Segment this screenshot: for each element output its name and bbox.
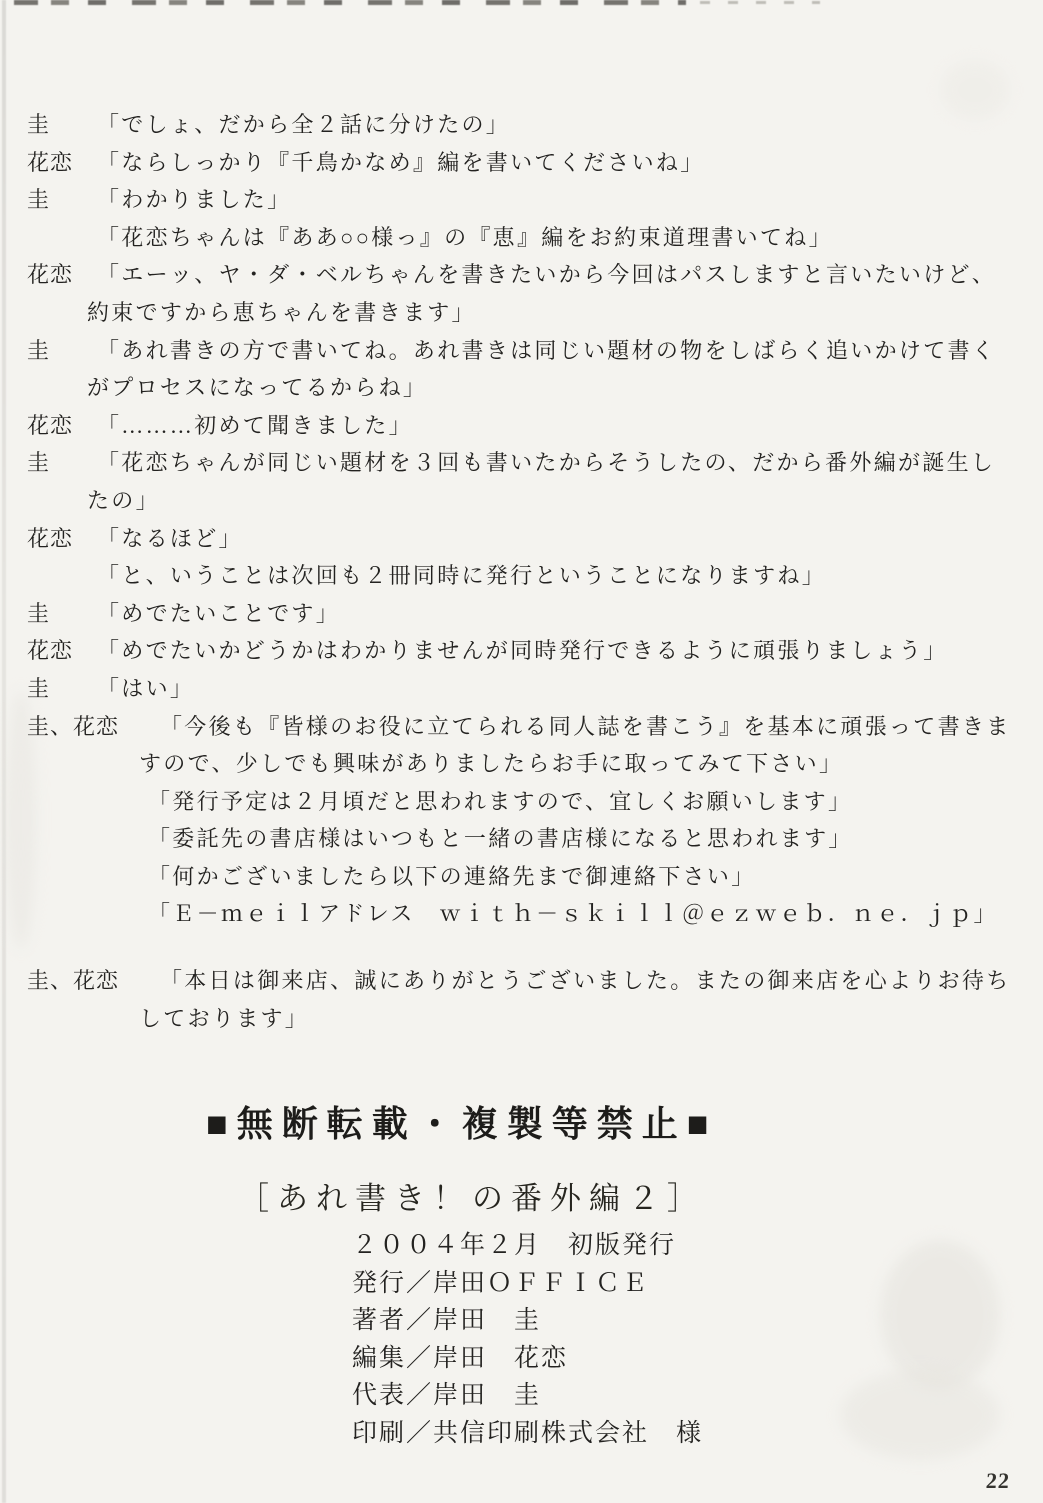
dialogue-line: 圭、花恋 「今後も『皆様のお役に立てられる同人誌を書こう』を基本に頑張って書きま xyxy=(0,708,1043,746)
dialogue-text: 「エーッ、ヤ・ダ・ベルちゃんを書きたいから今回はパスしますと言いたいけど、 xyxy=(97,256,1043,294)
scanned-doujinshi-page: 圭 「でしょ、だから全２話に分けたの」 花恋 「ならしっかり『千鳥かなめ』編を書… xyxy=(0,0,1043,1503)
dialogue-line: 花恋 「ならしっかり『千鳥かなめ』編を書いてくださいね」 xyxy=(0,144,1043,182)
dialogue-text: 「ならしっかり『千鳥かなめ』編を書いてくださいね」 xyxy=(97,144,1043,182)
dialogue-line: 圭 「めでたいことです」 xyxy=(0,595,1043,633)
dialogue-text: 「何かございましたら以下の連絡先まで御連絡下さい」 xyxy=(148,858,1043,896)
speaker-label: 圭、花恋 xyxy=(27,708,119,746)
no-reproduction-notice: ■無断転載・複製等禁止■ xyxy=(206,1103,718,1145)
speaker-label: 圭 xyxy=(27,181,50,219)
dialogue-line: しております」 xyxy=(0,1000,1043,1038)
dialogue-text: 約束ですから恵ちゃんを書きます」 xyxy=(87,294,1043,332)
colophon-line: ２００４年２月 初版発行 xyxy=(352,1227,912,1265)
speaker-label: 花恋 xyxy=(27,256,73,294)
speaker-label: 圭 xyxy=(27,670,50,708)
dialogue-text: たの」 xyxy=(87,482,1043,520)
dialogue-text: 「本日は御来店、誠にありがとうございました。またの御来店を心よりお待ち xyxy=(160,962,1043,1000)
dialogue-line: 圭 「わかりました」 xyxy=(0,181,1043,219)
dialogue-text: 「めでたいことです」 xyxy=(97,595,1043,633)
dialogue-line: 「委託先の書店様はいつもと一緒の書店様になると思われます」 xyxy=(0,820,1043,858)
dialogue-line: 圭 「あれ書きの方で書いてね。あれ書きは同じい題材の物をしばらく追いかけて書く xyxy=(0,332,1043,370)
dialogue-line: 花恋 「めでたいかどうかはわかりませんが同時発行できるように頑張りましょう」 xyxy=(0,632,1043,670)
colophon-line: 印刷／共信印刷株式会社 様 xyxy=(352,1415,912,1453)
dialogue-line: 圭 「はい」 xyxy=(0,670,1043,708)
speaker-label: 圭、花恋 xyxy=(27,962,119,1000)
scan-artifact-top-edge xyxy=(14,0,686,5)
speaker-label: 圭 xyxy=(27,332,50,370)
dialogue-line: 圭、花恋 「本日は御来店、誠にありがとうございました。またの御来店を心よりお待ち xyxy=(0,962,1043,1000)
dialogue-text: 「と、いうことは次回も２冊同時に発行ということになりますね」 xyxy=(97,557,1043,595)
colophon-line: 発行／岸田ＯＦＦＩＣＥ xyxy=(352,1265,912,1303)
dialogue-text: 「発行予定は２月頃だと思われますので、宜しくお願いします」 xyxy=(148,783,1043,821)
afterword-dialogue: 圭 「でしょ、だから全２話に分けたの」 花恋 「ならしっかり『千鳥かなめ』編を書… xyxy=(0,106,1043,1037)
dialogue-line: 「と、いうことは次回も２冊同時に発行ということになりますね」 xyxy=(0,557,1043,595)
speaker-label: 圭 xyxy=(27,595,50,633)
speaker-label: 花恋 xyxy=(27,407,73,445)
speaker-label: 圭 xyxy=(27,106,50,144)
dialogue-text: 「でしょ、だから全２話に分けたの」 xyxy=(97,106,1043,144)
dialogue-text: 「委託先の書店様はいつもと一緒の書店様になると思われます」 xyxy=(148,820,1043,858)
dialogue-line: 圭 「でしょ、だから全２話に分けたの」 xyxy=(0,106,1043,144)
colophon-block: ２００４年２月 初版発行 発行／岸田ＯＦＦＩＣＥ 著者／岸田 圭 編集／岸田 花… xyxy=(352,1227,912,1453)
dialogue-line: 「Ｅ－ｍｅｉｌアドレス ｗｉｔｈ－ｓｋｉｌｌ＠ｅｚｗｅｂ．ｎｅ．ｊｐ」 xyxy=(0,895,1043,933)
dialogue-line: 花恋 「エーッ、ヤ・ダ・ベルちゃんを書きたいから今回はパスしますと言いたいけど、 xyxy=(0,256,1043,294)
dialogue-line: 花恋 「なるほど」 xyxy=(0,520,1043,558)
dialogue-text: すので、少しでも興味がありましたらお手に取ってみて下さい」 xyxy=(139,745,1043,783)
colophon-title: ［あれ書き！の番外編２］ xyxy=(238,1180,706,1218)
dialogue-line: 花恋 「………初めて聞きました」 xyxy=(0,407,1043,445)
dialogue-line: 圭 「花恋ちゃんが同じい題材を３回も書いたからそうしたの、だから番外編が誕生し xyxy=(0,444,1043,482)
colophon-line: 著者／岸田 圭 xyxy=(352,1302,912,1340)
dialogue-line: 「発行予定は２月頃だと思われますので、宜しくお願いします」 xyxy=(0,783,1043,821)
speaker-label: 花恋 xyxy=(27,520,73,558)
scan-artifact-top-edge-2 xyxy=(700,1,820,4)
colophon-line: 代表／岸田 圭 xyxy=(352,1377,912,1415)
dialogue-text: 「今後も『皆様のお役に立てられる同人誌を書こう』を基本に頑張って書きま xyxy=(160,708,1043,746)
dialogue-text: 「なるほど」 xyxy=(97,520,1043,558)
dialogue-line: 「花恋ちゃんは『ああ○○様っ』の『恵』編をお約束道理書いてね」 xyxy=(0,219,1043,257)
dialogue-line: 「何かございましたら以下の連絡先まで御連絡下さい」 xyxy=(0,858,1043,896)
dialogue-line: たの」 xyxy=(0,482,1043,520)
dialogue-text: 「………初めて聞きました」 xyxy=(97,407,1043,445)
speaker-label: 圭 xyxy=(27,444,50,482)
dialogue-line: がプロセスになってるからね」 xyxy=(0,369,1043,407)
colophon-line: 編集／岸田 花恋 xyxy=(352,1340,912,1378)
dialogue-text: 「花恋ちゃんは『ああ○○様っ』の『恵』編をお約束道理書いてね」 xyxy=(97,219,1043,257)
speaker-label: 花恋 xyxy=(27,632,73,670)
dialogue-text: がプロセスになってるからね」 xyxy=(87,369,1043,407)
page-number: 22 xyxy=(985,1468,1011,1494)
dialogue-text: 「Ｅ－ｍｅｉｌアドレス ｗｉｔｈ－ｓｋｉｌｌ＠ｅｚｗｅｂ．ｎｅ．ｊｐ」 xyxy=(148,895,1043,933)
dialogue-line: すので、少しでも興味がありましたらお手に取ってみて下さい」 xyxy=(0,745,1043,783)
dialogue-text: しております」 xyxy=(139,1000,1043,1038)
speaker-label: 花恋 xyxy=(27,144,73,182)
dialogue-text: 「花恋ちゃんが同じい題材を３回も書いたからそうしたの、だから番外編が誕生し xyxy=(97,444,1043,482)
dialogue-text: 「はい」 xyxy=(97,670,1043,708)
dialogue-line: 約束ですから恵ちゃんを書きます」 xyxy=(0,294,1043,332)
dialogue-text: 「あれ書きの方で書いてね。あれ書きは同じい題材の物をしばらく追いかけて書く xyxy=(97,332,1043,370)
dialogue-text: 「わかりました」 xyxy=(97,181,1043,219)
dialogue-text: 「めでたいかどうかはわかりませんが同時発行できるように頑張りましょう」 xyxy=(97,632,1043,670)
